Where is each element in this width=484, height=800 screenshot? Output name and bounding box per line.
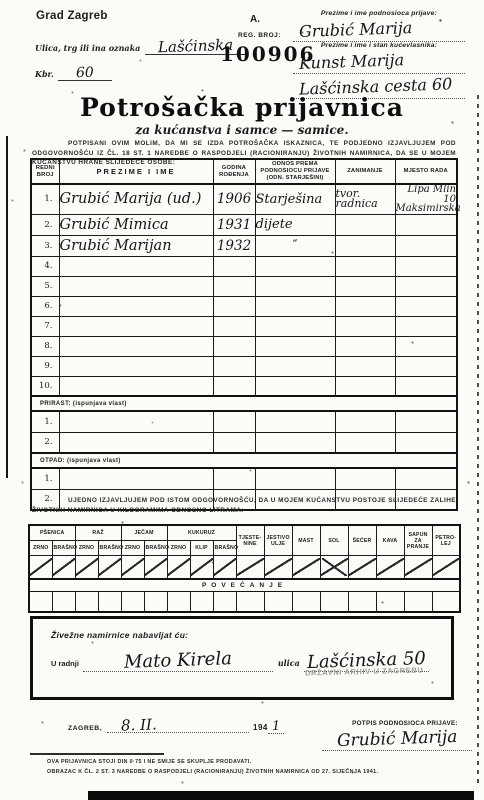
- person-row: 2. Grubić Mimica 1931 dijete: [31, 214, 457, 235]
- prirast-row-empty: 2.: [31, 432, 457, 453]
- stock-cell-crossed: [404, 556, 432, 580]
- applicant-block: Prezime i ime podnosioca prijave: Grubić…: [293, 10, 465, 99]
- house-number-label: Kbr.: [35, 69, 54, 79]
- col-sol: SOL: [320, 525, 348, 556]
- form-reference-footnote: OBRAZAC K ČL. 2 ST. 3 NAREDBE O RASPODJE…: [47, 769, 378, 775]
- col-secer: ŠEĆER: [348, 525, 376, 556]
- col-kava: KAVA: [376, 525, 404, 556]
- price-footnote: OVA PRIJAVNICA STOJI DIN 0·75 I NE SMIJE…: [47, 759, 252, 765]
- supplies-group-header-row: PŠENICA RAŽ JEČAM KUKURUZ TJESTE-NINE JE…: [29, 525, 460, 541]
- stock-cell-crossed: [52, 556, 75, 580]
- applicant-handwritten-name: Grubić Marija: [293, 17, 465, 42]
- shop-label: U radnji: [51, 659, 79, 668]
- stock-cell-crossed: [121, 556, 144, 580]
- stock-cell-crossed: [236, 556, 264, 580]
- col-sapun: SAPUN ZA PRANJE: [404, 525, 432, 556]
- col-header-godina-rodenja: GODINA ROĐENJA: [213, 159, 255, 184]
- col-jestivo-ulje: JESTIVO ULJE: [264, 525, 292, 556]
- declaration-supplies-text: UJEDNO IZJAVLJUJEM POD ISTOM ODGOVORNOŠĆ…: [32, 496, 456, 515]
- stock-cell-crossed: [190, 556, 213, 580]
- house-number-row: Kbr. 60: [35, 64, 112, 82]
- street-label: Ulica, trg ili ina oznaka: [35, 43, 140, 53]
- person-row-empty: 8.: [31, 336, 457, 356]
- col-header-redni-broj: REDNI BROJ: [31, 159, 59, 184]
- col-psenica: PŠENICA: [29, 525, 75, 541]
- year-printed-prefix: 194: [253, 723, 268, 732]
- otpad-label: OTPAD: (ispunjava vlast): [31, 453, 457, 468]
- prirast-row-empty: 1.: [31, 411, 457, 432]
- person-row-empty: 9.: [31, 356, 457, 376]
- date-handwritten-value: 8. II.: [107, 718, 249, 733]
- otpad-row-empty: 1.: [31, 468, 457, 489]
- purchase-intro-label: Živežne namirnice nabavljat ću:: [51, 630, 188, 640]
- shop-handwritten-value: Mato Kirela: [83, 651, 273, 672]
- person-row-empty: 7.: [31, 316, 457, 336]
- stock-cell-crossed: [376, 556, 404, 580]
- stock-cell-crossed: [432, 556, 460, 580]
- otpad-section-bar: OTPAD: (ispunjava vlast): [31, 453, 457, 468]
- stock-cell-crossed: [292, 556, 320, 580]
- left-scan-edge-line: [6, 136, 8, 478]
- stock-cell-crossed: [98, 556, 121, 580]
- footnote-separator: [30, 753, 164, 755]
- place-label: ZAGREB,: [68, 725, 102, 732]
- col-tjestenine: TJESTE-NINE: [236, 525, 264, 556]
- person-row-empty: 10.: [31, 376, 457, 396]
- col-header-mjesto-rada: MJESTO RADA: [395, 159, 457, 184]
- stock-cell-crossed: [167, 556, 190, 580]
- col-header-zanimanje: ZANIMANJE: [335, 159, 395, 184]
- archive-stamp: DRŽAVNI ARHIV U ZAGREBU: [305, 665, 424, 677]
- shop-street-label: ulica: [278, 658, 300, 668]
- increase-label: POVEĆANJE: [29, 579, 460, 592]
- person-row-empty: 4.: [31, 256, 457, 276]
- stock-cell-crossed: [144, 556, 167, 580]
- person-row: 1. Grubić Marija (ud.) 1906 Starješina t…: [31, 184, 457, 214]
- stock-cell-crossed: [320, 556, 348, 580]
- applicant-signature: Grubić Marija: [322, 726, 472, 751]
- bottom-scan-edge-bar: [88, 791, 474, 800]
- col-kukuruz: KUKURUZ: [167, 525, 236, 541]
- persons-table: REDNI BROJ PREZIME I IME GODINA ROĐENJA …: [30, 158, 458, 511]
- city-label: Grad Zagreb: [36, 10, 108, 22]
- form-title: Potrošačka prijavnica: [0, 93, 484, 122]
- right-perforation-dashes: [477, 95, 479, 785]
- col-header-prezime-i-ime: PREZIME I IME: [59, 159, 213, 184]
- stock-cell-crossed: [213, 556, 236, 580]
- col-header-odnos: ODNOS PREMA PODNOSIOCU PRIJAVE (ODN. STA…: [255, 159, 335, 184]
- stock-cell-crossed: [264, 556, 292, 580]
- paper-noise-speckles: [0, 0, 1, 1]
- stock-cell-crossed: [75, 556, 98, 580]
- person-row-empty: 5.: [31, 276, 457, 296]
- form-subtitle: za kućanstva i samce — samice.: [0, 123, 484, 137]
- increase-bar-row: POVEĆANJE: [29, 579, 460, 592]
- col-jecam: JEČAM: [121, 525, 167, 541]
- col-petrolej: PETRO-LEJ: [432, 525, 460, 556]
- col-raz: RAŽ: [75, 525, 121, 541]
- col-mast: MAST: [292, 525, 320, 556]
- scanned-form-page: Grad Zagreb Ulica, trg ili ina oznaka La…: [0, 0, 484, 800]
- persons-table-header-row: REDNI BROJ PREZIME I IME GODINA ROĐENJA …: [31, 159, 457, 184]
- person-row: 3. Grubić Marijan 1932 ″: [31, 235, 457, 256]
- person-row-empty: 6.: [31, 296, 457, 316]
- section-letter: A.: [250, 14, 260, 25]
- supplies-empty-row: [29, 592, 460, 613]
- house-owner-handwritten-name: Kunst Marija: [293, 49, 465, 74]
- prirast-label: PRIRAST: (ispunjava vlast): [31, 396, 457, 411]
- supplies-stock-row-crossed-out: [29, 556, 460, 580]
- house-number-handwritten-value: 60: [58, 66, 112, 81]
- street-row: Ulica, trg ili ina oznaka Lašćinska: [35, 38, 247, 56]
- year-handwritten-digit: 1: [268, 720, 284, 734]
- stock-cell-crossed: [29, 556, 52, 580]
- prirast-section-bar: PRIRAST: (ispunjava vlast): [31, 396, 457, 411]
- reg-number-label: REG. BROJ:: [238, 32, 281, 39]
- stock-cell-crossed: [348, 556, 376, 580]
- supplies-table: PŠENICA RAŽ JEČAM KUKURUZ TJESTE-NINE JE…: [28, 524, 461, 613]
- date-line: ZAGREB, 8. II. 1941: [68, 717, 284, 735]
- purchase-box: Živežne namirnice nabavljat ću: U radnji…: [30, 616, 454, 700]
